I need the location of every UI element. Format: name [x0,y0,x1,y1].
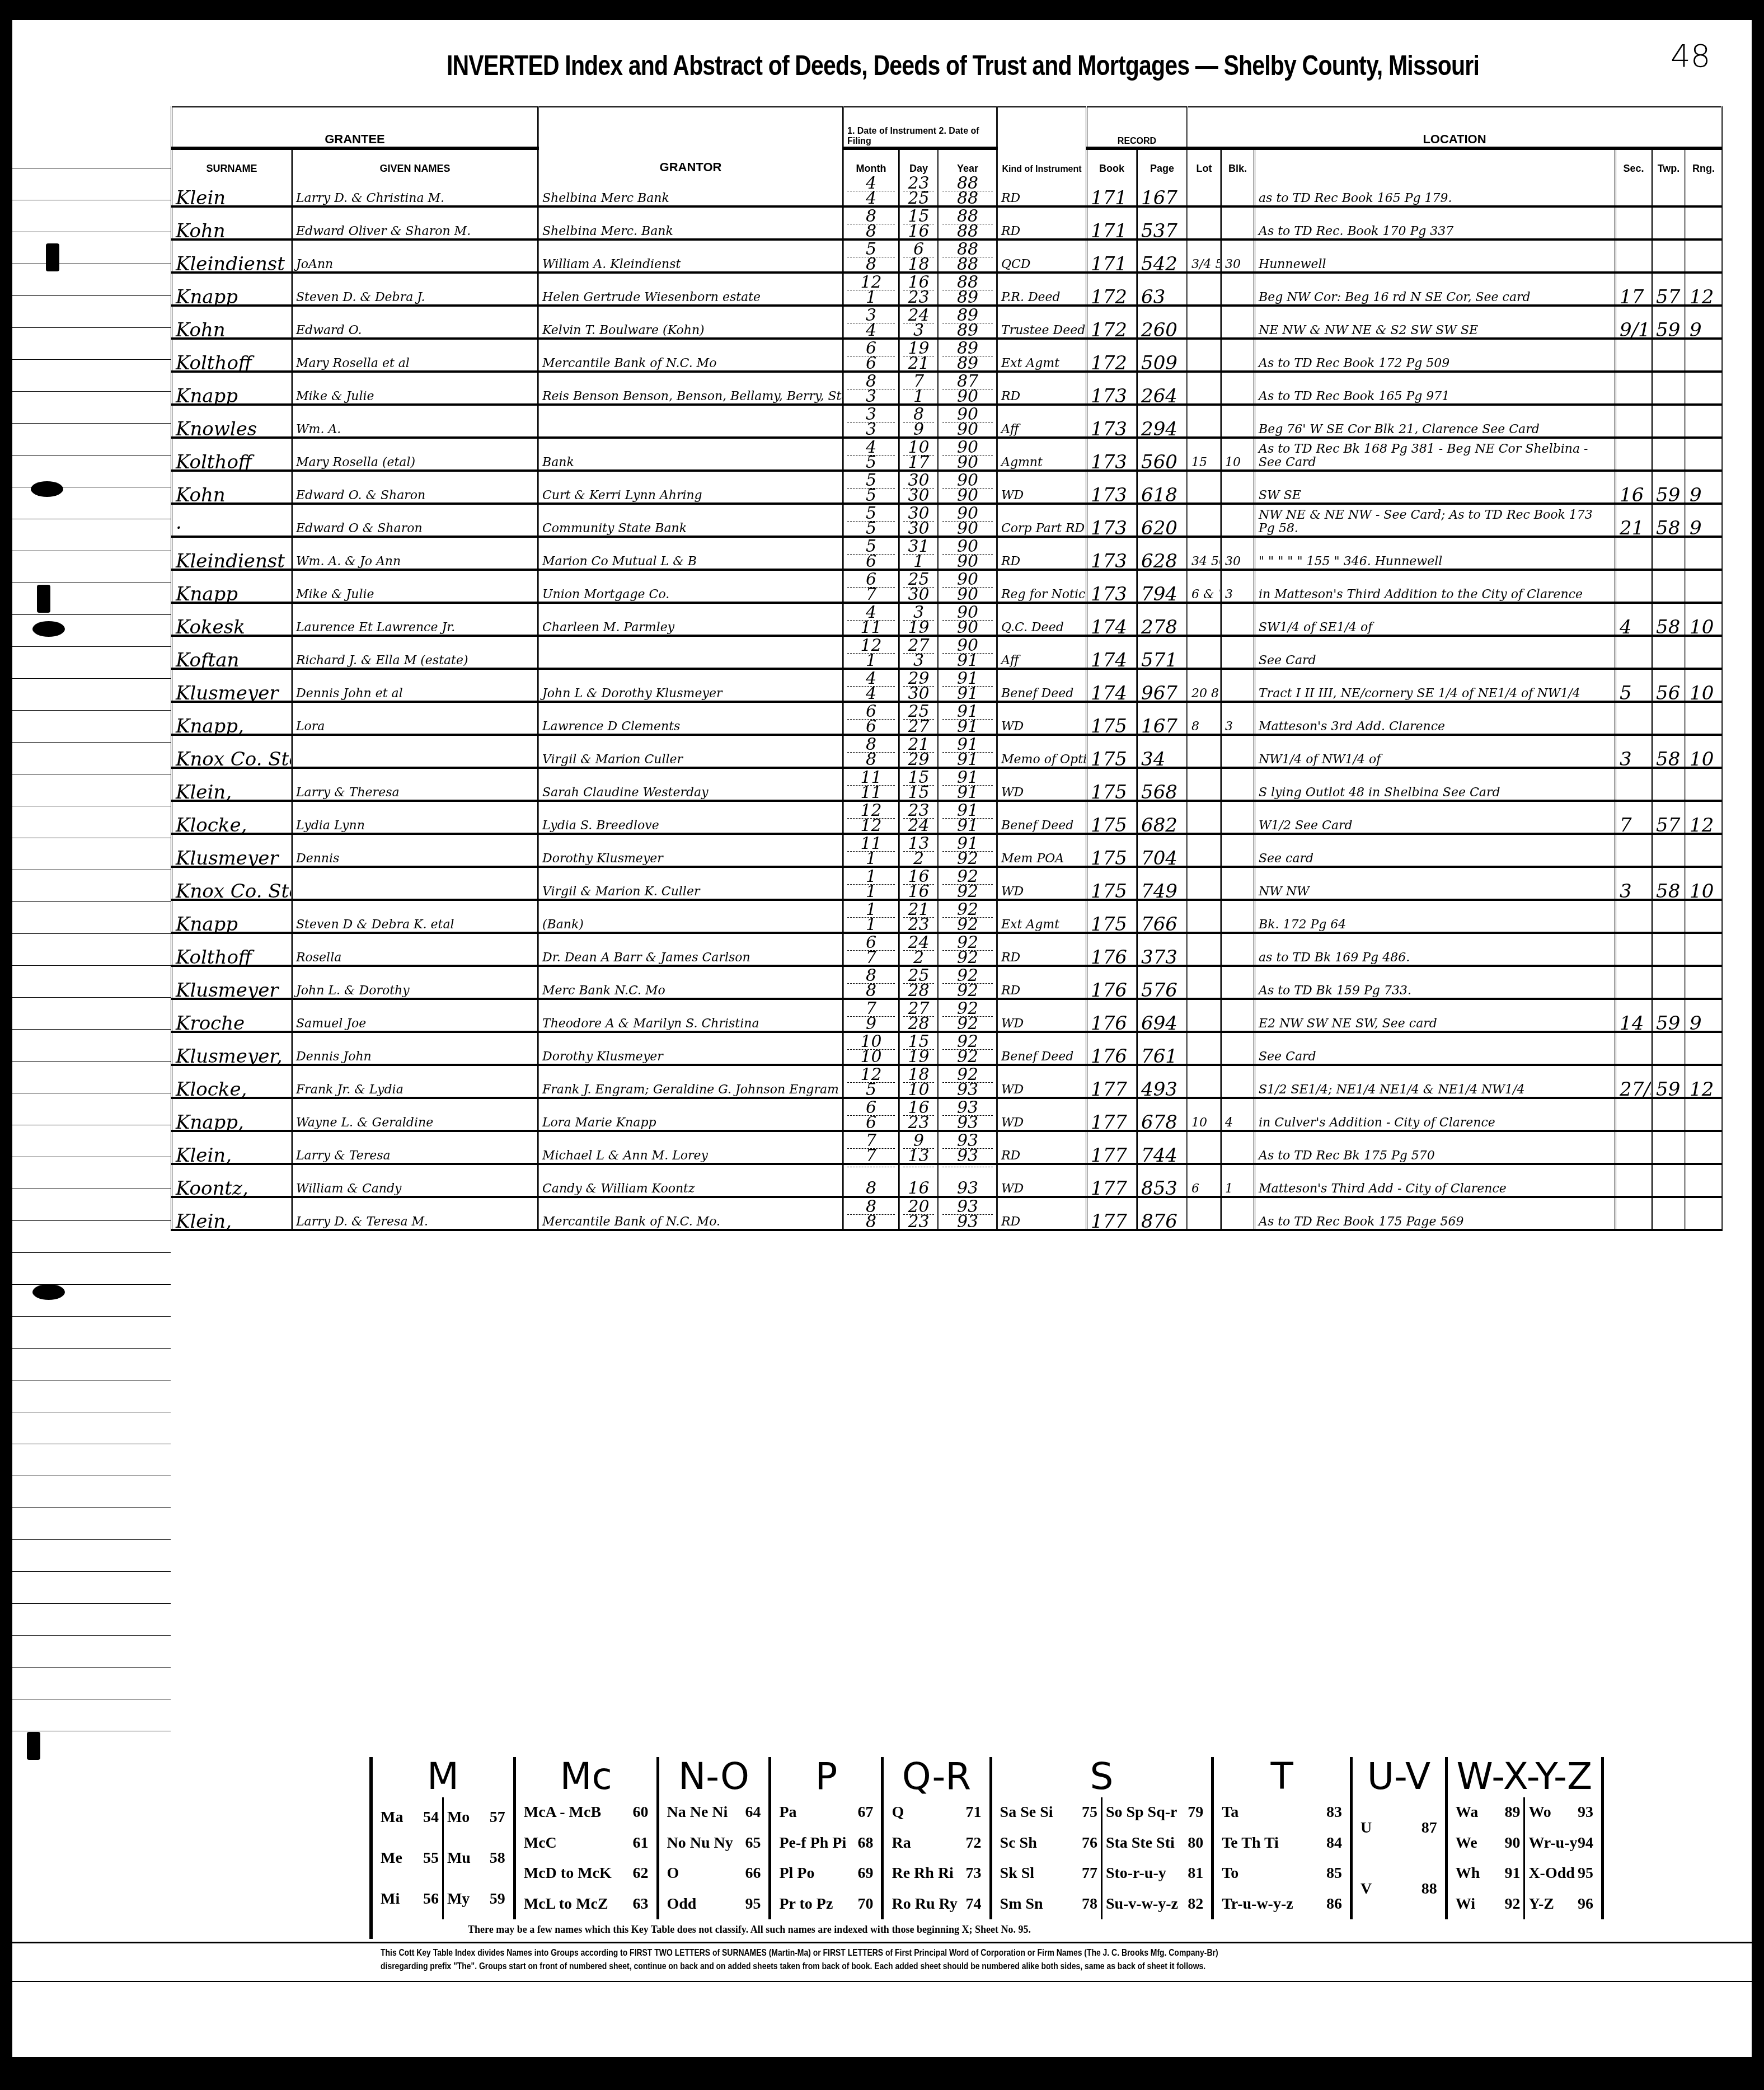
record-page: 876 [1137,1197,1188,1230]
key-column: Na Ne Ni64No Nu Ny65O66Odd95 [664,1797,764,1919]
rng-header: Rng. [1686,148,1722,175]
location-description: As to TD Rec Bk 168 Pg 381 - Beg NE Cor … [1255,438,1616,471]
location-range [1686,175,1722,206]
date-month: 56 [843,537,899,570]
location-section: 9/16 [1616,306,1652,339]
date-month: 33 [843,405,899,438]
location-lot [1188,273,1221,306]
location-range [1686,636,1722,669]
margin-rule-line [12,1571,171,1572]
location-description: SW SE [1255,471,1616,504]
blk-header: Blk. [1221,148,1255,175]
key-group: N-ONa Ne Ni64No Nu Ny65O66Odd95 [659,1757,772,1919]
grantee-surname: Knapp [172,900,292,933]
date-month: 125 [843,1065,899,1098]
location-lot [1188,867,1221,900]
date-year: 9090 [939,504,997,537]
grantor-name: Mercantile Bank of N.C. Mo. [538,1197,843,1230]
key-group-heading: Mc [520,1757,652,1797]
location-block: 4 [1221,1098,1255,1131]
location-range: 10 [1686,735,1722,768]
location-block: 3 [1221,702,1255,735]
grantee-given-names: Rosella [292,933,538,966]
grantor-name: Dorothy Klusmeyer [538,834,843,867]
key-column: Wo93Wr-u-y94X-Odd95Y-Z96 [1523,1797,1597,1919]
date-month: 66 [843,1098,899,1131]
record-page: 766 [1137,900,1188,933]
ledger-row: KnappSteven D. & Debra J.Helen Gertrude … [172,273,1722,306]
location-township [1652,1197,1686,1230]
location-section [1616,206,1652,239]
location-block [1221,405,1255,438]
location-township [1652,239,1686,273]
key-entry: McL to McZ63 [524,1895,649,1913]
date-year: 8888 [939,206,997,239]
location-lot: 3/4 5/6 [1188,239,1221,273]
record-page: 260 [1137,306,1188,339]
date-day: 1921 [899,339,939,372]
record-page: 167 [1137,175,1188,206]
grantor-name: William A. Kleindienst [538,239,843,273]
location-range [1686,1032,1722,1065]
record-page: 560 [1137,438,1188,471]
location-section: 7 [1616,801,1652,834]
date-year: 9191 [939,801,997,834]
location-section [1616,900,1652,933]
grantee-given-names: William & Candy [292,1164,538,1197]
key-entry: U87 [1360,1819,1437,1837]
margin-rule-line [12,232,171,232]
key-column: So Sp Sq-r79Sta Ste Sti80Sto-r-u-y81Su-v… [1101,1797,1207,1919]
date-day: 3030 [899,471,939,504]
key-entry: My59 [447,1890,505,1908]
location-section [1616,1098,1652,1131]
location-range [1686,1131,1722,1164]
instrument-kind: RD [997,175,1087,206]
location-section [1616,570,1652,603]
key-entry: Re Rh Ri73 [892,1864,981,1882]
margin-rule-line [12,1507,171,1508]
key-entry: Q71 [892,1803,981,1821]
ledger-row: KlusmeyerDennisDorothy Klusmeyer11113291… [172,834,1722,867]
instrument-kind: Benef Deed [997,1032,1087,1065]
location-block [1221,933,1255,966]
record-book: 175 [1087,900,1137,933]
location-lot [1188,768,1221,801]
grantee-surname: Klusmeyer [172,966,292,999]
location-block [1221,768,1255,801]
grantee-given-names: JoAnn [292,239,538,273]
record-book: 175 [1087,801,1137,834]
record-page: 967 [1137,669,1188,702]
grantee-given-names: Dennis John [292,1032,538,1065]
instrument-kind: Ext Agmt [997,339,1087,372]
date-year: 9090 [939,537,997,570]
margin-rule-line [12,1348,171,1349]
record-book: 176 [1087,933,1137,966]
date-day: 618 [899,239,939,273]
record-book: 173 [1087,570,1137,603]
date-month: 55 [843,471,899,504]
key-entry: Wo93 [1528,1803,1593,1821]
date-month: 8 [843,1164,899,1197]
margin-rule-line [12,1539,171,1540]
location-description: E2 NW SW NE SW, See card [1255,999,1616,1032]
record-page: 294 [1137,405,1188,438]
location-desc-header [1255,148,1616,175]
record-book: 173 [1087,471,1137,504]
key-group: SSa Se Si75Sc Sh76Sk Sl77Sm Sn78So Sp Sq… [992,1757,1214,1919]
record-book: 175 [1087,735,1137,768]
date-day: 2123 [899,900,939,933]
grantor-name: (Bank) [538,900,843,933]
instrument-kind: Benef Deed [997,801,1087,834]
key-groups: MMa54Me55Mi56Mo57Mu58My59McMcA - McB60Mc… [373,1757,1604,1919]
margin-rule-line [12,710,171,711]
key-column: McA - McB60McC61McD to McK62McL to McZ63 [520,1797,652,1919]
location-header: LOCATION [1188,107,1722,148]
grantee-given-names: Mary Rosella et al [292,339,538,372]
location-section [1616,1032,1652,1065]
grantee-surname: Knapp, [172,1098,292,1131]
record-book: 173 [1087,537,1137,570]
location-block [1221,867,1255,900]
ledger-row: KrocheSamuel JoeTheodore A & Marilyn S. … [172,999,1722,1032]
margin-rule-line [12,870,171,870]
date-day: 1623 [899,273,939,306]
location-section [1616,702,1652,735]
ledger-row: KlusmeyerDennis John et alJohn L & Dorot… [172,669,1722,702]
instrument-kind: WD [997,867,1087,900]
date-month: 67 [843,570,899,603]
date-day: 2528 [899,966,939,999]
grantor-name: Helen Gertrude Wiesenborn estate [538,273,843,306]
key-column: U87V88 [1357,1797,1441,1919]
record-book: 175 [1087,834,1137,867]
key-entry: Ta83 [1222,1803,1342,1821]
footer-line-2: disregarding prefix "The". Groups start … [381,1960,1482,1973]
key-entry: V88 [1360,1880,1437,1898]
margin-rule-line [12,806,171,806]
location-lot [1188,504,1221,537]
location-township: 58 [1652,867,1686,900]
location-block [1221,636,1255,669]
grantee-surname: Kolthoff [172,933,292,966]
dates-header: 1. Date of Instrument 2. Date of Filing [843,107,997,148]
margin-rule-line [12,583,171,583]
location-township [1652,206,1686,239]
location-section: 3 [1616,735,1652,768]
date-day: 2530 [899,570,939,603]
grantor-name: Community State Bank [538,504,843,537]
grantor-name: Dr. Dean A Barr & James Carlson [538,933,843,966]
location-range [1686,372,1722,405]
location-township: 59 [1652,999,1686,1032]
grantee-given-names: Mike & Julie [292,570,538,603]
key-entry: Ma54 [381,1809,439,1826]
date-year: 9090 [939,603,997,636]
record-book: 171 [1087,206,1137,239]
location-block [1221,1197,1255,1230]
margin-rule-line [12,1157,171,1157]
grantee-given-names: Laurence Et Lawrence Jr. [292,603,538,636]
grantee-given-names: Dennis John et al [292,669,538,702]
date-year: 9191 [939,768,997,801]
location-lot [1188,471,1221,504]
location-lot [1188,999,1221,1032]
record-page: 744 [1137,1131,1188,1164]
instrument-kind: RD [997,206,1087,239]
location-lot [1188,1065,1221,1098]
key-group: MMa54Me55Mi56Mo57Mu58My59 [373,1757,516,1919]
location-description: Beg 76' W SE Cor Blk 21, Clarence See Ca… [1255,405,1616,438]
footer-instructions: This Cott Key Table Index divides Names … [381,1946,1482,1973]
location-range [1686,339,1722,372]
location-block: 30 [1221,239,1255,273]
margin-rule-line [12,1603,171,1604]
location-township: 56 [1652,669,1686,702]
location-section [1616,1164,1652,1197]
key-entry: Tr-u-w-y-z86 [1222,1895,1342,1913]
ledger-row: KlusmeyerJohn L. & DorothyMerc Bank N.C.… [172,966,1722,999]
date-year: 9393 [939,1098,997,1131]
record-book: 177 [1087,1098,1137,1131]
margin-ruling [12,0,171,1755]
date-year: 8889 [939,273,997,306]
location-block [1221,504,1255,537]
key-entry: Pe-f Ph Pi68 [779,1834,873,1852]
date-year: 9091 [939,636,997,669]
grantee-given-names: Lora [292,702,538,735]
key-entry: X-Odd95 [1528,1864,1593,1882]
date-month: 88 [843,206,899,239]
key-entry: Pr to Pz70 [779,1895,873,1913]
grantee-surname: Kroche [172,999,292,1032]
ledger-row: ·Edward O & SharonCommunity State Bank55… [172,504,1722,537]
record-header: RECORD [1087,107,1188,148]
location-description: Matteson's 3rd Add. Clarence [1255,702,1616,735]
location-block [1221,999,1255,1032]
date-day: 71 [899,372,939,405]
record-page: 537 [1137,206,1188,239]
record-book: 177 [1087,1197,1137,1230]
surname-header: SURNAME [172,148,292,175]
grantee-surname: Knapp [172,372,292,405]
margin-rule-line [12,1093,171,1093]
instrument-kind: Benef Deed [997,669,1087,702]
key-entry: Wa89 [1456,1803,1521,1821]
location-township [1652,900,1686,933]
location-township [1652,702,1686,735]
location-description: See Card [1255,636,1616,669]
margin-rule-line [12,933,171,934]
location-section: 3 [1616,867,1652,900]
margin-rule-line [12,519,171,519]
date-year: 8989 [939,306,997,339]
record-book: 171 [1087,239,1137,273]
date-year: 9192 [939,834,997,867]
grantor-header: GRANTOR [538,107,843,175]
grantee-header: GRANTEE [172,107,538,148]
location-block [1221,669,1255,702]
margin-rule-line [12,391,171,392]
grantor-name [538,405,843,438]
grantee-surname: Knox Co. Stone Co. Inc. [172,867,292,900]
location-description: NE NW & NW NE & S2 SW SW SE [1255,306,1616,339]
key-entry: Odd95 [667,1895,761,1913]
location-township: 58 [1652,504,1686,537]
grantor-name: Dorothy Klusmeyer [538,1032,843,1065]
key-group: TTa83Te Th Ti84To85Tr-u-w-y-z86 [1214,1757,1353,1919]
date-day: 1516 [899,206,939,239]
location-section: 16 [1616,471,1652,504]
date-day: 2930 [899,669,939,702]
key-group-heading: S [997,1757,1207,1797]
location-description: NW NW [1255,867,1616,900]
grantor-name: Lora Marie Knapp [538,1098,843,1131]
date-day: 2325 [899,175,939,206]
date-month: 88 [843,735,899,768]
key-entry: Sc Sh76 [1000,1834,1097,1852]
date-month: 411 [843,603,899,636]
key-table: MMa54Me55Mi56Mo57Mu58My59McMcA - McB60Mc… [369,1757,1604,1939]
date-year: 9292 [939,999,997,1032]
location-township [1652,339,1686,372]
margin-rule-line [12,1252,171,1253]
date-month: 66 [843,702,899,735]
record-book: 176 [1087,999,1137,1032]
instrument-kind: Agmnt [997,438,1087,471]
location-township: 57 [1652,273,1686,306]
margin-rule-line [12,901,171,902]
grantee-given-names: Dennis [292,834,538,867]
date-day: 89 [899,405,939,438]
instrument-kind: RD [997,966,1087,999]
margin-rule-line [12,646,171,647]
ledger-row: Klein,Larry D. & Teresa M.Mercantile Ban… [172,1197,1722,1230]
location-range: 12 [1686,801,1722,834]
record-page: 542 [1137,239,1188,273]
given-names-header: GIVEN NAMES [292,148,538,175]
record-book: 175 [1087,768,1137,801]
grantor-name: Lydia S. Breedlove [538,801,843,834]
date-month: 58 [843,239,899,273]
grantee-given-names: Mary Rosella (etal) [292,438,538,471]
record-book: 172 [1087,306,1137,339]
key-column: Ta83Te Th Ti84To85Tr-u-w-y-z86 [1218,1797,1345,1919]
grantor-name: Mercantile Bank of N.C. Mo [538,339,843,372]
date-month: 1010 [843,1032,899,1065]
date-month: 1111 [843,768,899,801]
record-book: 173 [1087,405,1137,438]
margin-rule-line [12,551,171,551]
key-group: W-X-Y-ZWa89We90Wh91Wi92Wo93Wr-u-y94X-Odd… [1448,1757,1604,1919]
location-block [1221,603,1255,636]
location-range [1686,570,1722,603]
location-lot: 6 [1188,1164,1221,1197]
record-page: 628 [1137,537,1188,570]
key-entry: Me55 [381,1849,439,1867]
location-lot: 6 & 7 [1188,570,1221,603]
margin-rule-line [12,200,171,200]
date-day: 1616 [899,867,939,900]
location-description: " " " " " 155 " 346. Hunnewell [1255,537,1616,570]
location-section: 27/32/33 [1616,1065,1652,1098]
location-lot: 8 [1188,702,1221,735]
ledger-row: Knapp,Wayne L. & GeraldineLora Marie Kna… [172,1098,1722,1131]
key-entry: McD to McK62 [524,1864,649,1882]
kind-header: Kind of Instrument [997,107,1087,175]
location-section [1616,239,1652,273]
key-entry: Sta Ste Sti80 [1106,1834,1203,1852]
record-page: 682 [1137,801,1188,834]
location-description: See card [1255,834,1616,867]
record-page: 167 [1137,702,1188,735]
location-township [1652,1131,1686,1164]
location-lot [1188,405,1221,438]
location-lot [1188,372,1221,405]
record-book: 173 [1087,372,1137,405]
ledger-row: Koontz,William & CandyCandy & William Ko… [172,1164,1722,1197]
grantee-given-names: Edward Oliver & Sharon M. [292,206,538,239]
location-description: As to TD Rec. Book 170 Pg 337 [1255,206,1616,239]
margin-rule-line [12,774,171,774]
grantee-surname: Klein [172,175,292,206]
record-book: 174 [1087,669,1137,702]
margin-rule-line [12,1667,171,1668]
ledger-row: Knapp,LoraLawrence D Clements6625279191W… [172,702,1722,735]
key-column: Pa67Pe-f Ph Pi68Pl Po69Pr to Pz70 [776,1797,876,1919]
key-group: McMcA - McB60McC61McD to McK62McL to McZ… [516,1757,659,1919]
margin-rule-line [12,614,171,615]
instrument-kind: WD [997,1098,1087,1131]
grantor-name: Shelbina Merc. Bank [538,206,843,239]
grantee-surname: · [172,504,292,537]
grantor-name: Curt & Kerri Lynn Ahring [538,471,843,504]
location-range: 9 [1686,999,1722,1032]
deed-index-ledger: GRANTEE GRANTOR 1. Date of Instrument 2.… [171,106,1721,1231]
key-entry: Sto-r-u-y81 [1106,1864,1203,1882]
location-range: 10 [1686,867,1722,900]
key-entry: We90 [1456,1834,1521,1852]
location-lot [1188,1197,1221,1230]
instrument-kind: WD [997,999,1087,1032]
margin-rule-line [12,1125,171,1125]
key-entry: Wh91 [1456,1864,1521,1882]
lot-header: Lot [1188,148,1221,175]
ledger-row: KleinLarry D. & Christina M.Shelbina Mer… [172,175,1722,206]
grantee-surname: Knapp [172,273,292,306]
location-township [1652,1098,1686,1131]
date-year: 9292 [939,867,997,900]
grantee-surname: Klein, [172,768,292,801]
date-day: 2023 [899,1197,939,1230]
date-day: 311 [899,537,939,570]
record-page: 278 [1137,603,1188,636]
location-range [1686,1197,1722,1230]
grantee-surname: Kolthoff [172,339,292,372]
location-lot: 34 56 [1188,537,1221,570]
instrument-kind: WD [997,1065,1087,1098]
grantee-surname: Knox Co. Stone Co. Inc [172,735,292,768]
key-group: PPa67Pe-f Ph Pi68Pl Po69Pr to Pz70 [771,1757,884,1919]
location-description: in Culver's Addition - City of Clarence [1255,1098,1616,1131]
location-range: 10 [1686,669,1722,702]
location-lot [1188,306,1221,339]
grantee-given-names: Samuel Joe [292,999,538,1032]
location-township: 58 [1652,603,1686,636]
location-range [1686,537,1722,570]
